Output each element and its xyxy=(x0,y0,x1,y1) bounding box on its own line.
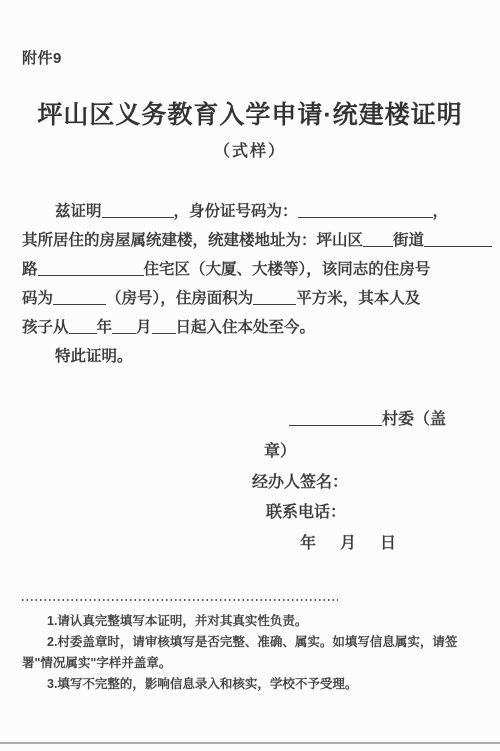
body-text: 路 xyxy=(22,261,38,278)
body-text: ， xyxy=(433,203,449,220)
body-text: 兹证明 xyxy=(55,203,102,220)
note-item: 2.村委盖章时，请审核填写是否完整、准确、属实。如填写信息属实，请签署"情况属实… xyxy=(22,632,467,674)
page-title: 坪山区义务教育入学申请·统建楼证明 xyxy=(0,95,500,131)
body-text: 年 xyxy=(97,319,113,336)
document-photo: { "appearance": { "ink": "#3a3a3a", "pap… xyxy=(0,0,500,751)
body-line: 特此证明。 xyxy=(22,342,492,371)
fill-in-blank xyxy=(53,290,106,305)
fill-in-blank xyxy=(102,203,174,218)
fill-in-blank xyxy=(38,261,144,276)
attachment-label: 附件9 xyxy=(22,47,62,68)
body-line: 兹证明，身份证号码为：， xyxy=(22,197,492,226)
note-item: 3.填写不完整的，影响信息录入和核实，学校不予受理。 xyxy=(22,674,467,695)
seal-wrap-line: 章） xyxy=(264,439,296,465)
certificate-body: 兹证明，身份证号码为：，其所居住的房屋属统建楼，统建楼地址为：坪山区街道路住宅区… xyxy=(22,197,492,371)
contact-phone-label: 联系电话： xyxy=(266,500,346,526)
fill-in-blank xyxy=(69,319,97,334)
dotted-separator xyxy=(22,599,338,601)
page-bottom-edge xyxy=(0,742,500,744)
notes-section: 1.请认真完整填写本证明，并对其真实性负责。 2.村委盖章时，请审核填写是否完整… xyxy=(22,611,467,695)
body-text: 特此证明。 xyxy=(55,348,133,365)
body-line: 码为（房号），住房面积为平方米，其本人及 xyxy=(22,284,492,313)
body-text: 月 xyxy=(136,319,152,336)
date-line: 年 月 日 xyxy=(300,531,400,557)
body-text: 码为 xyxy=(22,290,53,307)
body-line: 孩子从年月日起入住本处至今。 xyxy=(22,313,492,342)
fill-in-blank xyxy=(363,232,393,247)
fill-in-blank xyxy=(424,232,492,247)
fill-in-blank xyxy=(298,203,433,218)
body-text: 日起入住本处至今。 xyxy=(176,319,316,336)
body-text: 街道 xyxy=(393,232,424,249)
committee-label: 村委（盖 xyxy=(382,411,446,428)
body-text: 住宅区（大厦、大楼等），该同志的住房号 xyxy=(144,261,431,278)
note-item: 1.请认真完整填写本证明，并对其真实性负责。 xyxy=(22,611,467,632)
handler-signature-label: 经办人签名： xyxy=(252,470,348,496)
fill-in-blank xyxy=(253,290,296,305)
fill-in-blank xyxy=(112,319,136,334)
body-text: 平方米，其本人及 xyxy=(296,290,420,307)
certificate-page: 附件9 坪山区义务教育入学申请·统建楼证明 （式样） 兹证明，身份证号码为：，其… xyxy=(0,0,500,751)
body-line: 其所居住的房屋属统建楼，统建楼地址为：坪山区街道 xyxy=(22,226,492,255)
body-text: 其所居住的房屋属统建楼，统建楼地址为：坪山区 xyxy=(22,232,363,249)
body-text: ，身份证号码为： xyxy=(174,203,298,220)
page-subtitle: （式样） xyxy=(0,138,500,161)
body-text: （房号），住房面积为 xyxy=(106,290,253,307)
committee-seal-line: 村委（盖 xyxy=(289,407,446,433)
body-text: 孩子从 xyxy=(22,319,69,336)
body-line: 路住宅区（大厦、大楼等），该同志的住房号 xyxy=(22,255,492,284)
fill-in-blank xyxy=(152,319,176,334)
committee-name-blank xyxy=(289,411,382,426)
